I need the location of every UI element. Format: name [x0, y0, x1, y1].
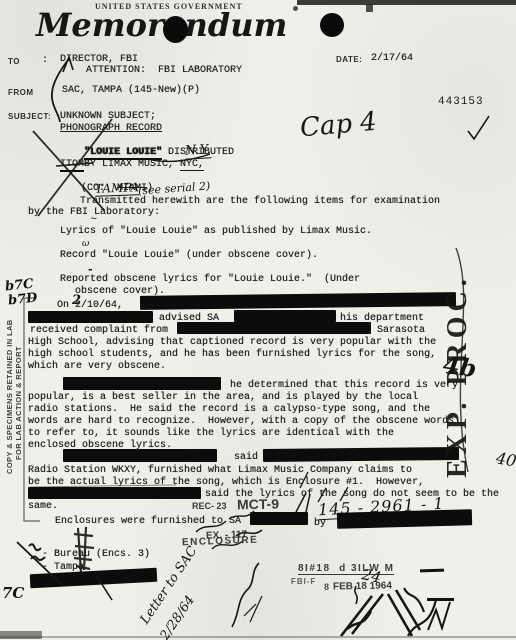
handwritten-ny: N.Y. [185, 142, 212, 159]
p2-line2: popular, is a best seller in the area, a… [28, 392, 418, 404]
p3-line1: said [234, 452, 258, 464]
check-mark [468, 116, 489, 139]
cc-bureau: - Bureau (Encs. 3) [42, 549, 150, 561]
item-lyrics: Lyrics of "Louie Louie" as published by … [60, 226, 372, 238]
p1-line5: high school students, and he has been fu… [28, 349, 436, 361]
pen-mark: ω [82, 239, 89, 249]
rec-stamp: REC- 23 [192, 501, 227, 511]
date-label: DATE: [336, 55, 362, 64]
scribble-diagonal [244, 596, 262, 622]
handwritten-4b: 4b [441, 350, 478, 383]
p1-line3a: received complaint from [30, 325, 168, 337]
p1-line3b: Sarasota [377, 325, 425, 337]
redaction-bar [263, 447, 459, 462]
scribble-diagonal [232, 563, 259, 627]
signature-scribble [341, 594, 383, 636]
pen-dash [420, 569, 444, 573]
p2-line4: words are hard to recognize. However, wi… [28, 416, 454, 428]
from-value: SAC, TAMPA (145-New)(P) [62, 85, 200, 97]
handwritten-cap: Cap 4 [299, 107, 378, 144]
received-stamp-prefix: 8 [324, 582, 329, 592]
p3-line5: same. [28, 501, 58, 513]
subject-line2: PHONOGRAPH RECORD [60, 123, 162, 135]
signature-scribble [388, 590, 420, 636]
ink-blot [320, 13, 344, 37]
body-intro1: Transmitted herewith are the following i… [80, 196, 440, 208]
scan-speck [366, 4, 373, 12]
redaction-bar [63, 377, 221, 390]
to-value: DIRECTOR, FBI [60, 54, 138, 66]
p2-line3: radio stations. He said the record is a … [28, 404, 430, 416]
scribble [29, 544, 41, 550]
subject-line1: UNKNOWN SUBJECT; [60, 111, 156, 123]
lab-retained-stamp-line2: FOR LAB ACTION & REPORT [14, 346, 23, 460]
page-title: Memorandum [36, 6, 287, 44]
item-record: Record "Louie Louie" (under obscene cove… [60, 250, 318, 262]
p3-line2: Radio Station WKXY, furnished what Limax… [28, 465, 412, 477]
file-number: 443153 [438, 96, 484, 108]
redaction-bar [28, 487, 201, 499]
redaction-bar [28, 311, 153, 323]
redaction-bar [63, 449, 217, 462]
scan-edge-line [0, 636, 516, 638]
redaction-bar [250, 512, 308, 525]
scan-speck [293, 6, 298, 11]
enclosures-line: Enclosures were furnished to SA [55, 516, 241, 528]
handwritten-7c: 7C [2, 584, 24, 602]
date-value: 2/17/64 [371, 53, 413, 65]
handwritten-tampa: TAMPA [95, 180, 139, 197]
signature-scribble [404, 588, 436, 636]
memo-page: UNITED STATES GOVERNMENT Memorandum TO :… [0, 0, 516, 640]
handwritten-40: 40 [495, 448, 516, 470]
exemption-b7d: b7D [7, 291, 38, 309]
p1-line6: which are very obscene. [28, 361, 166, 373]
fbi-stamp-fragment: FBI-F [291, 577, 316, 586]
redaction-bar [177, 322, 371, 334]
ink-blot [163, 16, 188, 43]
enclosures-by: by [314, 518, 326, 530]
pen-dash [427, 598, 454, 601]
to-label: TO [8, 57, 20, 66]
redaction-bar [140, 292, 456, 310]
attention-line: ATTENTION: FBI LABORATORY [86, 65, 242, 77]
enclosure-stamp: ENCLOSURE [182, 535, 259, 549]
mct-stamp: MCT-9 [237, 496, 279, 513]
subject-label: SUBJECT: [8, 112, 51, 121]
p1-line4: High School, advising that captioned rec… [28, 337, 436, 349]
scan-edge-smudge [297, 0, 516, 5]
redaction-bar [337, 509, 472, 529]
lab-retained-stamp-line1: COPY & SPECIMENS RETAINED IN LAB [5, 319, 14, 474]
signature-scribble [428, 602, 450, 630]
to-colon: : [42, 55, 48, 67]
p1-line1: On 2/10/64, [57, 300, 123, 312]
subject-line4: BY LIMAX MUSIC, [84, 159, 180, 170]
p2-line5: to refer to, it sounds like the lyrics a… [28, 428, 394, 440]
pen-mark: ~ [90, 214, 98, 224]
handwritten-24: 24 [360, 565, 382, 587]
from-label: FROM [8, 88, 34, 97]
redaction-bar [234, 310, 336, 322]
p2-line1: he determined that this record is very [230, 380, 458, 392]
item-obscene-lyrics-1: Reported obscene lyrics for "Louie Louie… [60, 274, 360, 286]
subject-nyc: NYC, [180, 159, 204, 171]
handwritten-2: 2 [72, 293, 81, 308]
scan-edge-smudge [0, 631, 42, 639]
